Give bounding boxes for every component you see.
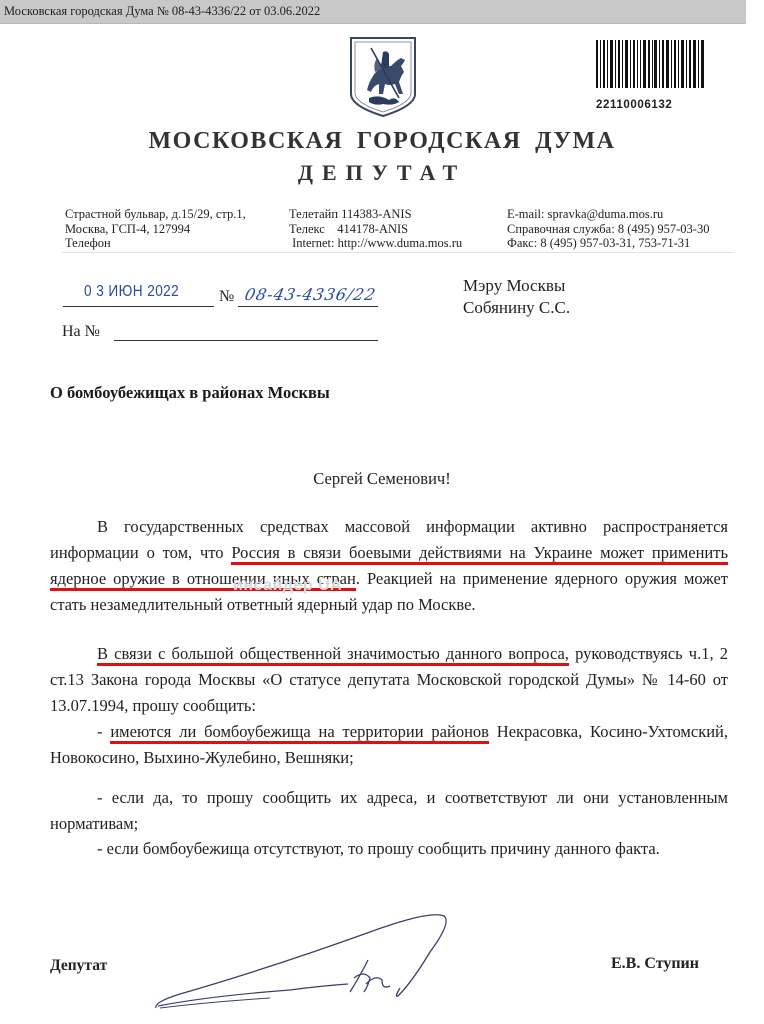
addressee-line: Мэру Москвы (463, 275, 570, 297)
service-line: Факс: 8 (495) 957-03-31, 753-71-31 (507, 236, 709, 251)
addressee-line: Собянину С.С. (463, 297, 570, 319)
telecom-line: Телетайп 114383-ANIS (289, 207, 462, 222)
paragraph-text: - если бомбоубежища отсутствуют, то прош… (50, 836, 728, 862)
contacts-address: Страстной бульвар, д.15/29, стр.1, Москв… (65, 207, 246, 251)
document-title-bar: Московская городская Дума № 08-43-4336/2… (0, 0, 746, 24)
letter-subject: О бомбоубежищах в районах Москвы (50, 383, 330, 403)
organization-title: МОСКОВСКАЯ ГОРОДСКАЯ ДУМА (0, 128, 764, 155)
handwritten-signature-icon (150, 912, 490, 1017)
body-paragraph-5: - если бомбоубежища отсутствуют, то прош… (50, 836, 728, 862)
handwritten-reg-number: 08-43-4336/22 (243, 285, 378, 304)
service-line: Справочная служба: 8 (495) 957-03-30 (507, 222, 709, 237)
service-line: E-mail: spravka@duma.mos.ru (507, 207, 709, 222)
telecom-line: Internet: http://www.duma.mos.ru (289, 236, 462, 251)
signatory-name: Е.В. Ступин (611, 955, 699, 973)
highlighted-text: В связи с большой общественной значимост… (97, 644, 569, 666)
moscow-coat-of-arms-icon (349, 36, 417, 118)
paragraph-text: - (97, 722, 110, 741)
body-paragraph-2: В связи с большой общественной значимост… (50, 641, 728, 719)
telecom-line: Телекс 414178-ANIS (289, 222, 462, 237)
document-title: Московская городская Дума № 08-43-4336/2… (4, 4, 320, 19)
highlighted-text: имеются ли бомбоубежища на территории ра… (110, 722, 489, 744)
greeting: Сергей Семенович! (0, 469, 764, 489)
organization-subtitle: ДЕПУТАТ (0, 160, 764, 186)
address-line: Страстной бульвар, д.15/29, стр.1, (65, 207, 246, 222)
barcode-number: 22110006132 (596, 99, 711, 111)
contacts-service: E-mail: spravka@duma.mos.ru Справочная с… (507, 207, 709, 251)
barcode-icon (596, 40, 706, 88)
watermark: инсайдер UA (233, 577, 342, 595)
number-underline (238, 306, 378, 307)
body-paragraph-1: В государственных средствах массовой инф… (50, 514, 728, 618)
addressee: Мэру Москвы Собянину С.С. (463, 275, 570, 319)
paragraph-text: - если да, то прошу сообщить их адреса, … (50, 785, 728, 837)
date-underline (63, 306, 214, 307)
number-label: № (219, 288, 234, 306)
signatory-title: Депутат (50, 957, 107, 975)
date-stamp: 0 3 ИЮН 2022 (84, 283, 179, 301)
body-paragraph-3: - имеются ли бомбоубежища на территории … (50, 719, 728, 771)
reply-number-label: На № (62, 323, 100, 341)
contacts-telecom: Телетайп 114383-ANIS Телекс 414178-ANIS … (289, 207, 462, 251)
header-divider (62, 252, 734, 253)
body-paragraph-4: - если да, то прошу сообщить их адреса, … (50, 785, 728, 837)
address-line: Москва, ГСП-4, 127994 (65, 222, 246, 237)
address-line: Телефон (65, 236, 246, 251)
reply-number-underline (114, 340, 378, 341)
